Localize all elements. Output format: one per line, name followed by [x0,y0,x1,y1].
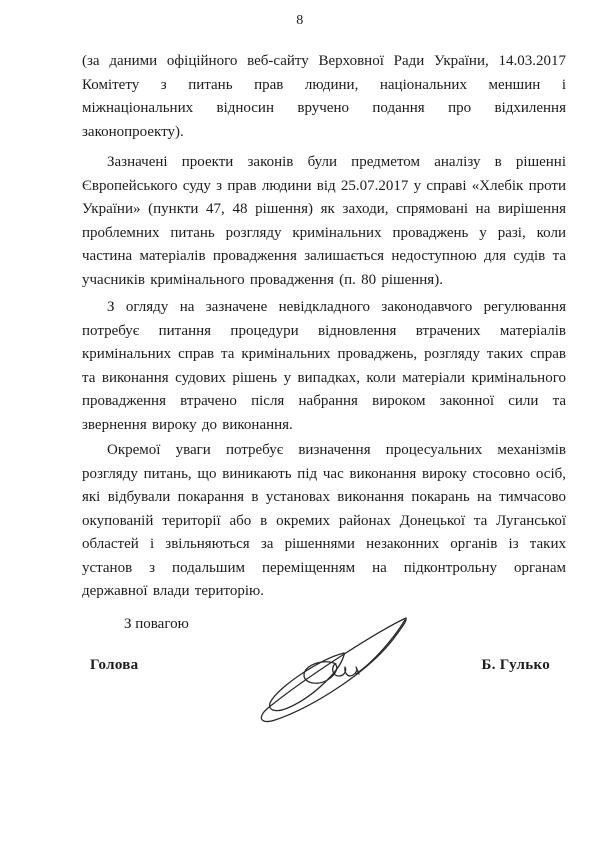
closing-salutation: З повагою [124,616,189,633]
paragraph-2: Зазначені проекти законів були предметом… [82,151,566,292]
handwritten-signature [240,605,412,735]
page-number: 8 [0,13,600,29]
signer-name: Б. Гулько [481,657,550,674]
paragraph-3: З огляду на зазначене невідкладного зако… [82,296,566,437]
letter-body: (за даними офіційного веб-сайту Верховно… [82,50,566,604]
paragraph-4: Окремої уваги потребує визначення процес… [82,439,566,604]
document-page: 8 (за даними офіційного веб-сайту Верхов… [0,0,600,845]
signer-title: Голова [90,657,138,674]
paragraph-1: (за даними офіційного веб-сайту Верховно… [82,50,566,144]
